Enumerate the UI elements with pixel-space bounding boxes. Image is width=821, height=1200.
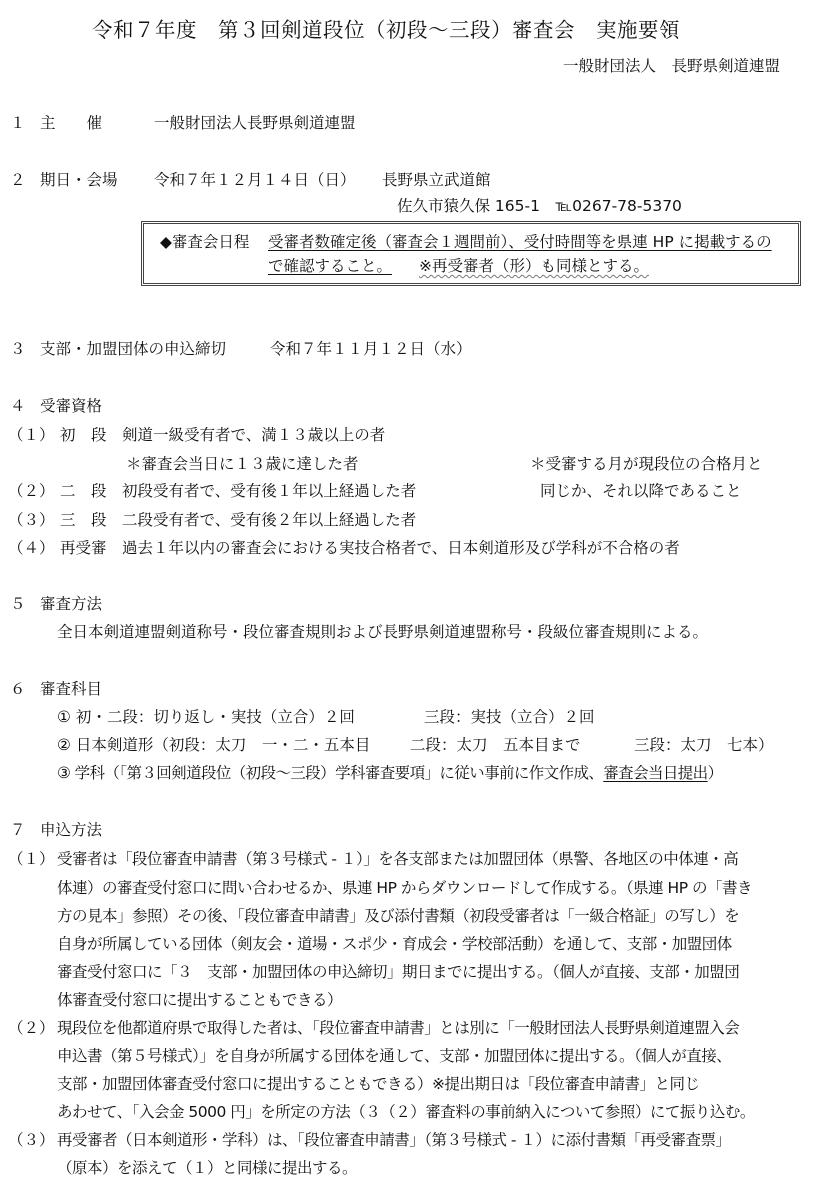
subject-2-part-a: ② 日本剣道形（初段：太刀 一・二・五本目 — [57, 735, 370, 755]
qualification-1-num: （１） — [8, 425, 55, 445]
section3-heading: 支部・加盟団体の申込締切 — [40, 339, 226, 359]
application-2-num: （２） — [8, 1018, 55, 1038]
qualification-side-note-2: 同じか、それ以降であること — [540, 481, 742, 501]
application-2-line: 現段位を他都道府県で取得した者は、「段位審査申請書」とは別に「一般財団法人長野県… — [57, 1018, 739, 1038]
application-1-line: 体連）の審査受付窓口に問い合わせるか、県連 HP からダウンロードして作成する。… — [57, 878, 752, 898]
subject-2-part-b: 二段：太刀 五本目まで — [410, 735, 581, 755]
section5-number: ５ — [10, 594, 26, 614]
subject-2-part-c: 三段：太刀 七本） — [634, 735, 774, 755]
qualification-3-num: （３） — [8, 510, 55, 530]
qualification-4-rank: 再受審 — [60, 538, 107, 558]
subject-3-line: ③ 学科（「第３回剣道段位（初段〜三段）学科審査要項」に従い事前に作文作成、審査… — [57, 763, 723, 783]
section4-heading: 受審資格 — [40, 396, 102, 416]
application-2-line: あわせて、「入会金 5000 円」を所定の方法（３（２）審査料の事前納入について… — [57, 1102, 755, 1122]
application-3-line: 再受審者（日本剣道形・学科）は、「段位審査申請書」（第３号様式 - １）に添付書… — [57, 1130, 730, 1150]
application-1-line: 体審査受付窓口に提出することもできる） — [57, 990, 342, 1010]
application-1-line: 自身が所属している団体（剣友会・道場・スポ少・育成会・学校部活動）を通して、支部… — [57, 934, 732, 954]
section3-number: ３ — [10, 339, 26, 359]
qualification-4-text: 過去１年以内の審査会における実技合格者で、日本剣道形及び学科が不合格の者 — [122, 538, 680, 558]
notice-line2b: ※再受審者（形）も同様とする。 — [419, 256, 649, 276]
application-1-line: 受審者は「段位審査申請書（第３号様式 - １）」を各支部または加盟団体（県警、各… — [57, 849, 738, 869]
qualification-side-note-1: ＊受審する月が現段位の合格月と — [530, 454, 763, 474]
section3-value: 令和７年１１月１２日（水） — [270, 339, 472, 359]
notice-box — [141, 221, 801, 286]
qualification-3-rank: 三 段 — [60, 510, 107, 530]
subject-3-part-a: ③ 学科（「第３回剣道段位（初段〜三段）学科審査要項」に従い事前に作文作成、 — [57, 764, 603, 782]
application-1-num: （１） — [8, 849, 55, 869]
subject-3-part-c: ） — [708, 764, 723, 782]
section1-heading: 主 催 — [40, 113, 102, 133]
section2-date: 令和７年１２月１４日（日） — [154, 170, 356, 190]
section5-heading: 審査方法 — [40, 594, 102, 614]
qualification-4-num: （４） — [8, 538, 55, 558]
subject-1-part-b: 三段：実技（立合）２回 — [424, 707, 595, 727]
application-3-num: （３） — [8, 1130, 55, 1150]
qualification-2-num: （２） — [8, 481, 55, 501]
issuing-organization: 一般財団法人 長野県剣道連盟 — [563, 56, 780, 76]
section2-number: ２ — [10, 170, 26, 190]
application-2-line: 支部・加盟団体審査受付窓口に提出することもできる）※提出期日は「段位審査申請書」… — [57, 1074, 700, 1094]
qualification-2-text: 初段受有者で、受有後１年以上経過した者 — [122, 481, 416, 501]
qualification-1-rank: 初 段 — [60, 425, 107, 445]
application-2-line: 申込書（第５号様式）」を自身が所属する団体を通して、支部・加盟団体に提出する。（… — [57, 1046, 731, 1066]
notice-line1: 受審者数確定後（審査会１週間前）、受付時間等を県連 HP に掲載するの — [268, 232, 772, 252]
document-title: 令和７年度 第３回剣道段位（初段〜三段）審査会 実施要領 — [92, 16, 680, 44]
section7-number: ７ — [10, 820, 26, 840]
section1-number: １ — [10, 113, 26, 133]
application-1-line: 方の見本」参照）その後、「段位審査申請書」及び添付書類（初段受審者は「一級合格証… — [57, 906, 739, 926]
notice-line2a: で確認すること。 — [268, 256, 392, 276]
section2-address: 佐久市猿久保 165-1 ℡0267-78-5370 — [397, 196, 682, 216]
section7-heading: 申込方法 — [40, 820, 102, 840]
section1-value: 一般財団法人長野県剣道連盟 — [154, 113, 356, 133]
subject-3-deadline: 審査会当日提出 — [603, 764, 707, 782]
qualification-3-text: 二段受有者で、受有後２年以上経過した者 — [122, 510, 416, 530]
section6-number: ６ — [10, 679, 26, 699]
subject-1-part-a: ① 初・二段：切り返し・実技（立合）２回 — [57, 707, 355, 727]
qualification-2-rank: 二 段 — [60, 481, 107, 501]
qualification-1-text: 剣道一級受有者で、満１３歳以上の者 — [122, 425, 385, 445]
section2-heading: 期日・会場 — [40, 170, 118, 190]
qualification-1-note: ＊審査会当日に１３歳に達した者 — [126, 454, 359, 474]
section4-number: ４ — [10, 396, 26, 416]
application-1-line: 審査受付窓口に「３ 支部・加盟団体の申込締切」期日までに提出する。（個人が直接、… — [57, 962, 739, 982]
section2-venue: 長野県立武道館 — [382, 170, 491, 190]
application-3-line: （原本）を添えて（１）と同様に提出する。 — [57, 1158, 357, 1178]
section5-text: 全日本剣道連盟剣道称号・段位審査規則および長野県剣道連盟称号・段級位審査規則によ… — [57, 622, 708, 642]
section6-heading: 審査科目 — [40, 679, 102, 699]
notice-label: ◆審査会日程 — [160, 232, 249, 252]
